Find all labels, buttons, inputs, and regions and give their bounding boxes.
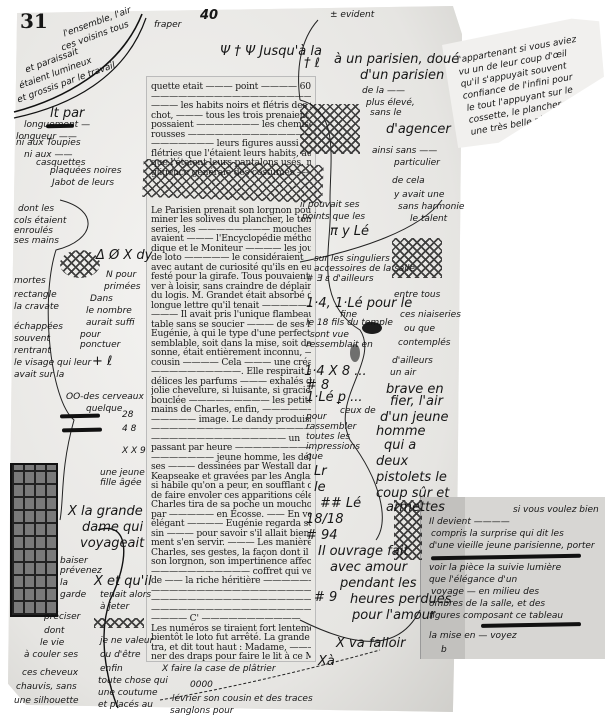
margin-note: ponctuer [80,340,120,351]
margin-note: et des traces [254,694,313,705]
margin-note: d'agencer [386,122,451,137]
margin-note: je ne valeur [100,636,153,647]
margin-note: plaquées noires [50,166,121,177]
margin-note: lévrier son cousin [172,694,251,705]
margin-note: sans le [370,108,402,119]
note-line: que l'élégance d'un [429,575,517,586]
margin-note: π y Lé [330,224,369,239]
margin-note: la [60,578,68,589]
strikethrough [481,622,581,628]
margin-note: X X 9 [122,446,146,457]
margin-note: # Ǝ ɛ d'ailleurs [306,274,374,285]
margin-note: X faire la case de plâtrier [162,664,276,675]
margin-note: Xà [318,654,335,669]
margin-note: et placés au [98,700,153,711]
margin-note: qui a [384,438,416,453]
margin-note: dame qui [82,520,143,535]
margin-note: pistolets le [376,470,447,485]
proof-line: ner des draps pour faire le lit à ce Mon… [151,651,311,663]
margin-note: primées [104,282,140,293]
margin-note: de la —— [362,86,405,97]
note-line: figures composant ce tableau [429,611,563,622]
margin-note: sanglons pour [170,706,234,717]
margin-note: le 18 fils du temple [306,318,393,329]
margin-note: X va falloir [336,636,406,651]
margin-note: mortes [14,276,46,287]
crossed-out-block [300,104,360,154]
margin-note: fille âgée [100,478,142,489]
margin-note: sans harmonie [398,202,464,213]
margin-note: ressemblait en [306,340,373,351]
margin-note: ainsi sans —— [372,146,437,157]
margin-note: X et qu'il [94,574,152,589]
margin-note: # 94 [306,528,338,543]
margin-note: de cela [392,176,425,187]
margin-note: fier, l'air [390,394,443,409]
margin-note: points que les [302,212,365,223]
margin-note: Dans [90,294,113,305]
margin-note: garde [60,590,86,601]
crossed-out-word [94,618,144,628]
margin-note: 1·4, 1·Lé pour le [306,296,412,311]
margin-note: ceux de [340,406,376,417]
margin-note: deux [376,454,408,469]
strikethrough [62,428,102,433]
margin-note: lt par [50,106,84,121]
margin-note: 0000 [190,680,213,691]
margin-note: échappées [14,322,63,333]
margin-note: 28 [122,410,133,421]
margin-note: heures perdues [350,592,452,607]
margin-note: † ℓ [304,56,320,71]
strikethrough [46,124,74,128]
margin-note: homme [376,424,426,439]
margin-note: d'ailleurs [392,356,433,367]
note-line: d'une vieille jeune parisienne, porter [429,541,595,552]
margin-note: le [314,480,326,495]
margin-note: ces niaiseries [400,310,461,321]
margin-note: à couler ses [24,650,78,661]
margin-note: coup sûr et [376,486,449,501]
pasted-note-top-right: l'appartenant si vous aviez vu un de leu… [442,16,604,148]
margin-note: que [306,452,323,463]
pasted-note-bottom-right: si vous voulez bien Il devient ———— comp… [420,497,605,659]
margin-note: armettes [386,500,445,515]
margin-note: Jabot de leurs [52,178,114,189]
margin-note: une silhouette [14,696,79,707]
margin-note: ses mains [14,236,59,247]
note-line: voir la pièce la suivie lumière [429,563,561,574]
margin-note: + ℓ [92,354,112,369]
margin-note: N pour [106,270,136,281]
margin-note: avait sur la [14,370,64,381]
margin-note: ou que [404,324,435,335]
margin-note: # 9 [314,590,337,605]
note-line: compris la surprise qui dit les [431,529,564,540]
margin-note: à un parisien, doué [334,52,459,67]
margin-note: la cravate [14,302,59,313]
margin-note: toute chose qui [98,676,168,687]
note-line: si vous voulez bien [513,505,599,516]
page-number: 31 [20,16,48,27]
crossed-out-block [142,159,323,203]
margin-note: pendant les [340,576,417,591]
note-line: Il devient ———— [429,517,510,528]
margin-note: tenait alors [100,590,151,601]
margin-note: enfin [100,664,123,675]
margin-note: ou d'être [100,650,141,661]
margin-note: y avait une [394,190,444,201]
margin-note: dont [44,626,64,637]
margin-note: rectangle [14,290,57,301]
margin-note: fraper [154,20,181,31]
margin-note: aurait suffi [86,318,135,329]
margin-note: d'un jeune [380,410,449,425]
margin-note: contemplés [398,338,450,349]
margin-note: Δ Ø X dy [96,248,152,263]
margin-note: 4 8 [122,424,136,435]
margin-note: à jeter [100,602,129,613]
scribble-blot [60,250,100,278]
margin-note: chauvis, sans [16,682,77,693]
strikethrough [60,414,100,419]
margin-note: le vie [40,638,64,649]
margin-note: 1·4 X 8 ... [304,364,367,379]
margin-note: X la grande [68,504,143,519]
note-line: b [441,645,447,656]
note-line: la mise en — voyez [429,631,517,642]
grid-sketch [10,463,58,617]
margin-note: souvent [14,334,50,345]
margin-note: une coutume [98,688,158,699]
margin-note: OO-des cerveaux [66,392,144,403]
margin-note: dont les [18,204,54,215]
margin-note: ## Lé [320,496,361,511]
margin-note: Il ouvrage fait [318,544,408,559]
margin-note: pour l'amour [352,608,435,623]
margin-note: particulier [394,158,440,169]
margin-note: ces cheveux [22,668,78,679]
margin-note: 1·Lé ꝑ ... [306,390,363,405]
margin-note: il pouvait ses [300,200,359,211]
folio-mark: 40 [200,8,218,23]
margin-note: préciser [44,612,80,623]
margin-note: avec amour [330,560,407,575]
margin-note: le nombre [86,306,132,317]
margin-note: voyageait [80,536,144,551]
margin-note: le talent [410,214,447,225]
crossed-out-block [392,238,442,278]
margin-note: un air [390,368,416,379]
margin-note: Lr [314,464,327,479]
margin-note: d'un parisien [360,68,444,83]
margin-note: rentrant [14,346,51,357]
margin-note: ni aux Toupies [16,138,81,149]
margin-note: ± evident [330,10,374,21]
margin-note: le visage qui leur [14,358,91,369]
margin-note: 18/18 [306,512,343,527]
